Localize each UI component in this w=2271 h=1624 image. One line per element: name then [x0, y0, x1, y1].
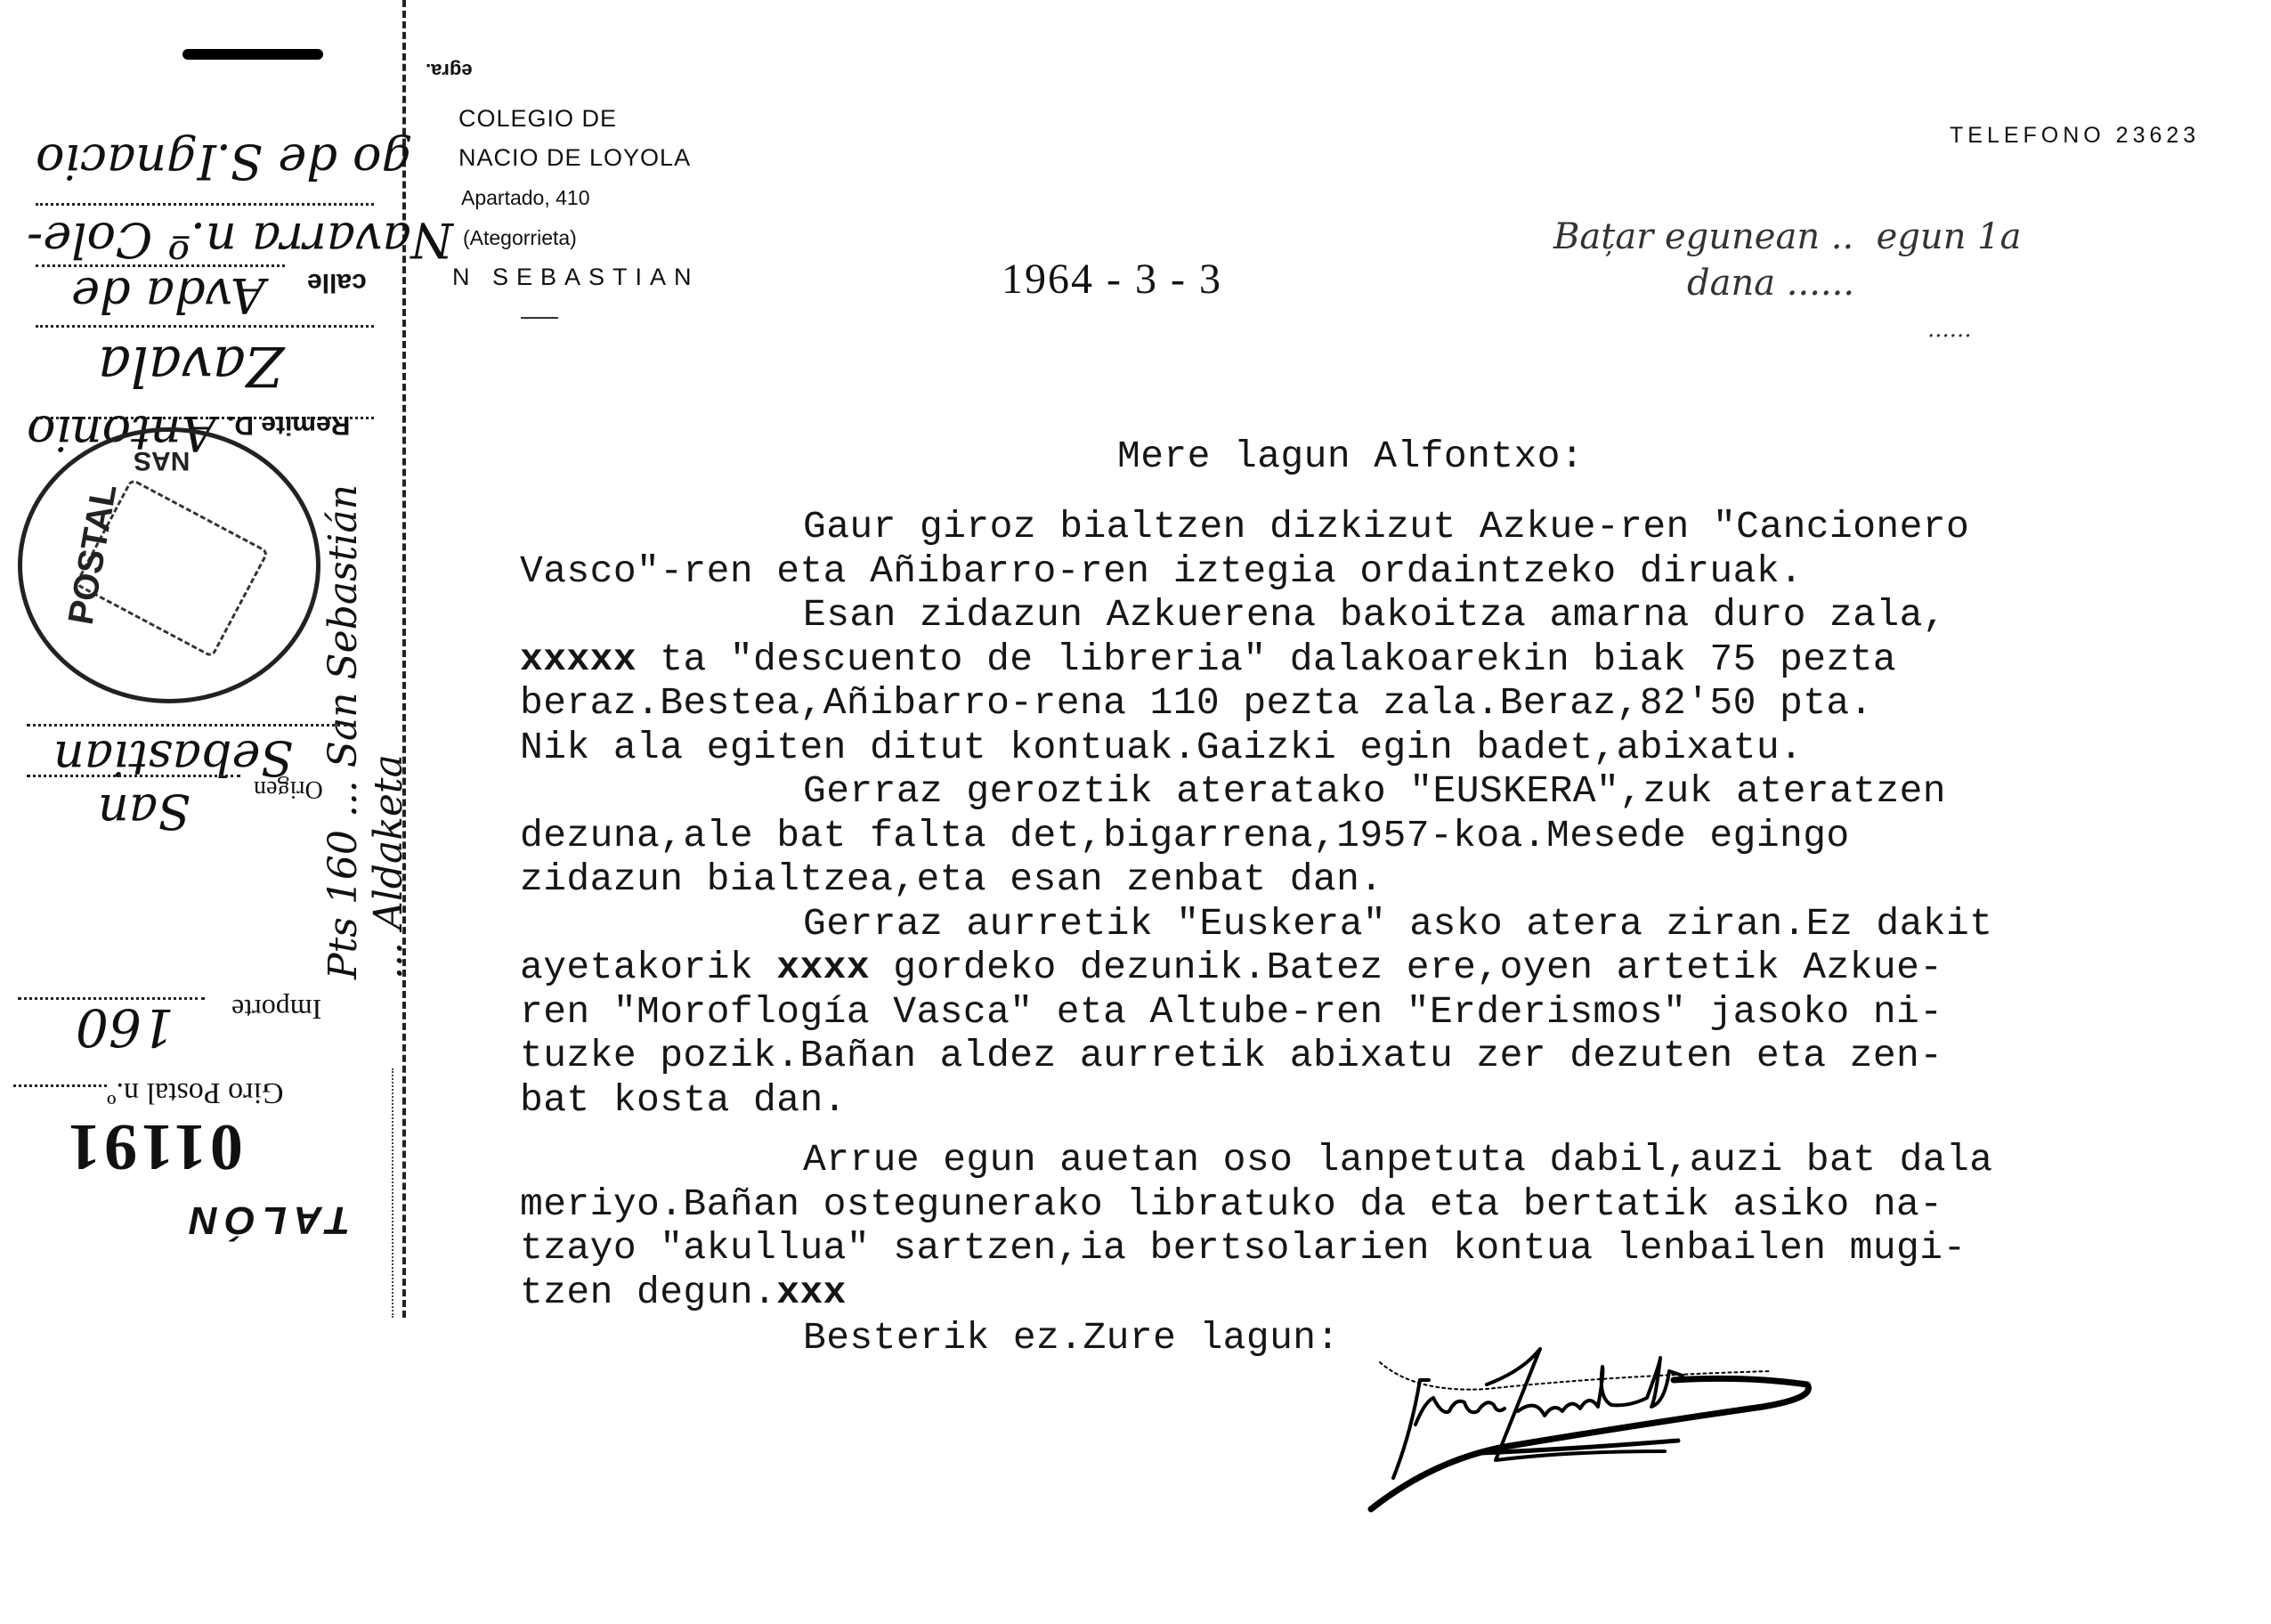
body-line: tzayo "akullua" sartzen,ia bertsolarien … — [520, 1226, 1992, 1271]
body-line: Gaur giroz bialtzen dizkizut Azkue-ren "… — [520, 505, 1992, 549]
body-line: meriyo.Bañan ostegunerako libratuko da e… — [520, 1182, 1992, 1227]
letterhead-line-5: N SEBASTIAN — [452, 264, 700, 291]
body-line: bat kosta dan. — [520, 1078, 1992, 1123]
stub-importe-label: Importe — [231, 993, 321, 1026]
stub-dotted-line — [36, 203, 374, 206]
stub-handwritten-colegio: go de S.Ignacio — [36, 134, 412, 190]
stub-importe-value: 160 — [76, 997, 174, 1058]
body-line: Gerraz geroztik ateratako "EUSKERA",zuk … — [520, 769, 1992, 814]
letter-date: 1964 - 3 - 3 — [1002, 255, 1222, 304]
stub-talon-label: TALÓN — [182, 1198, 350, 1242]
stub-remite-surname: Zavala — [98, 334, 284, 399]
body-line: Nik ala egiten ditut kontuak.Gaizki egin… — [520, 726, 1992, 770]
stub-calle-value: Avda de — [71, 267, 265, 323]
struck-out-text: xxxx — [776, 946, 870, 989]
letterhead-telephone: TELEFONO 23623 — [1950, 123, 2200, 149]
stub-giro-label: Giro Postal n.º — [107, 1076, 284, 1109]
body-line: ayetakorik xxxx gordeko dezunik.Batez er… — [520, 946, 1992, 990]
stub-numero-value: Navarra n.º Cole- — [27, 212, 453, 268]
body-line: beraz.Bestea,Añibarro-rena 110 pezta zal… — [520, 681, 1992, 726]
body-line: Arrue egun auetan oso lanpetuta dabil,au… — [520, 1138, 1992, 1182]
letterhead-line-2: NACIO DE LOYOLA — [458, 144, 691, 172]
body-line: Gerraz aurretik "Euskera" asko atera zir… — [520, 902, 1992, 946]
letterhead-line-3: Apartado, 410 — [461, 186, 590, 210]
stub-origen-label: Origen — [254, 775, 323, 803]
stub-remite-label: Remite D. — [227, 410, 350, 440]
handwritten-annotation: Bațar egunean .. egun 1adana ...........… — [1553, 214, 2021, 353]
stub-dotted-line — [27, 775, 240, 777]
annotation-line-1: Bațar egunean .. egun 1a — [1553, 214, 2021, 260]
postal-stub: go de S.Ignacio Navarra n.º Cole- calle … — [0, 0, 401, 1336]
stub-dotted-line — [13, 1084, 107, 1087]
letterhead-line-4: (Ategorrieta) — [463, 226, 577, 250]
letter-body: Gaur giroz bialtzen dizkizut Azkue-ren "… — [520, 505, 1992, 1314]
stub-origen-san: San — [98, 784, 191, 840]
stub-dotted-line — [27, 724, 347, 727]
struck-out-text: xxxxx — [520, 637, 637, 681]
greeting: Mere lagun Alfontxo: — [1117, 434, 1584, 478]
stub-dotted-line — [36, 325, 374, 328]
signature — [1344, 1327, 1932, 1514]
letterhead-line-1: COLEGIO DE — [458, 105, 617, 133]
struck-out-text: xxx — [776, 1271, 847, 1314]
stub-vertical-handwriting: Pts 160 ... San Sebastián ... Aldaketa — [320, 481, 411, 979]
body-line: tzen degun.xxx — [520, 1271, 1992, 1315]
annotation-line-3: ...... — [1553, 306, 2021, 353]
body-line: Vasco"-ren eta Añibarro-ren iztegia orda… — [520, 549, 1992, 594]
body-line — [520, 1122, 1992, 1138]
stub-giro-number: 01191 — [64, 1108, 243, 1184]
closing: Besterik ez.Zure lagun: — [803, 1316, 1340, 1360]
body-line: tuzke pozik.Bañan aldez aurretik abixatu… — [520, 1034, 1992, 1078]
body-line: zidazun bialtzea,eta esan zenbat dan. — [520, 857, 1992, 902]
stub-calle-label: calle — [307, 267, 367, 297]
body-line: Esan zidazun Azkuerena bakoitza amarna d… — [520, 593, 1992, 637]
letterhead-rule — [521, 317, 558, 319]
body-line: ren "Moroflogía Vasca" eta Altube-ren "E… — [520, 990, 1992, 1035]
body-line: xxxxx ta "descuento de libreria" dalakoa… — [520, 637, 1992, 682]
letterhead-fragment: egra. — [426, 59, 473, 82]
stamp-text-san: NAS — [134, 445, 190, 475]
body-line: dezuna,ale bat falta det,bigarrena,1957-… — [520, 814, 1992, 858]
annotation-line-2: dana ...... — [1553, 260, 2021, 306]
